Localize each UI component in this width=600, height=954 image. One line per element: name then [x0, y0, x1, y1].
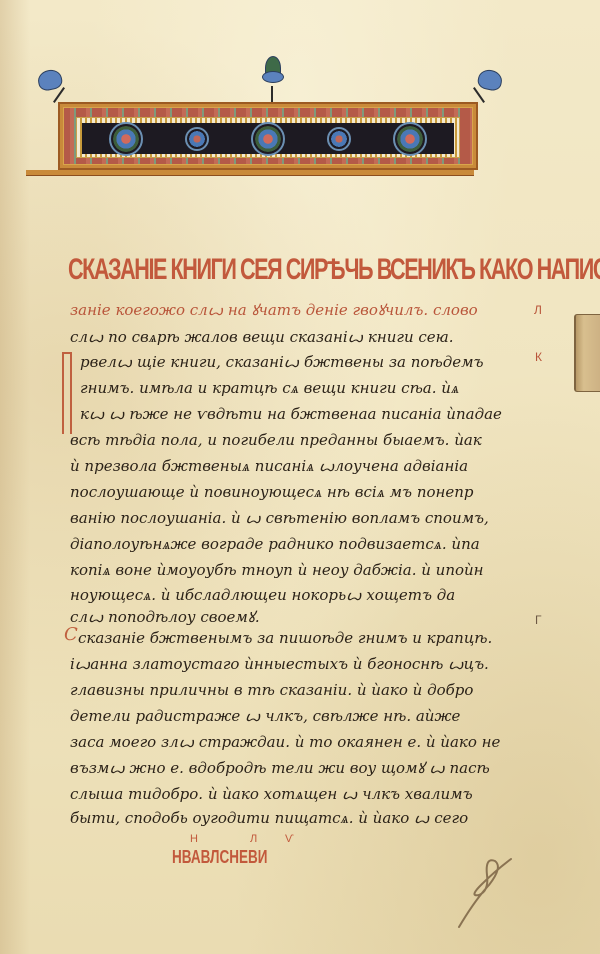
left-finial-stem — [53, 87, 65, 103]
medallion-flower-icon — [109, 122, 143, 156]
right-finial-stem — [473, 87, 485, 103]
text-line: ванiю послоушанiа. ѝ ꙍ свѣтенiю вопламъ … — [70, 506, 500, 530]
margin-numeral: Л — [534, 303, 542, 317]
medallion-flower-icon — [393, 122, 427, 156]
catchword-superscript: Ѵ — [285, 833, 294, 845]
illuminated-headpiece — [58, 102, 478, 170]
text-line: занiе коегожо слꙍ на ꙋчатъ денiе гвоꙋчил… — [70, 298, 500, 322]
page-edge-stain — [0, 0, 30, 954]
text-line: послоушающе ѝ повиноующесѧ нѣ всiѧ мъ по… — [70, 480, 500, 504]
text-line: ѝ презвола бжтвеныѧ писанiѧ ꙍлоучена адв… — [70, 454, 500, 478]
text-line: детели радистраже ꙍ члкъ, свѣлже нѣ. аѝж… — [70, 704, 500, 728]
margin-numeral: К — [535, 350, 542, 364]
text-line: слыша тидобро. ѝ ѝако хотѧщен ꙍ члкъ хва… — [70, 782, 500, 806]
catchword: НВАВЛСНЕВИ — [172, 847, 267, 868]
headpiece-floral-field — [82, 123, 454, 154]
text-line: слꙍ по свѧрѣ жалов вещи сказанiꙍ книги с… — [70, 325, 500, 349]
text-line: быти, сподобь оугодити пищатсѧ. ѝ ѝако ꙍ… — [70, 806, 500, 830]
text-line: iꙍанна златоустаго ѝнныестыхъ ѝ бгоноснѣ… — [70, 652, 500, 676]
initial-letter-P — [62, 352, 72, 434]
text-line: кꙍ ꙍ ѣже не ѵвдѣти на бжтвенаа писанiа ѝ… — [80, 402, 510, 426]
left-finial-ornament — [36, 68, 64, 93]
pen-flourish-icon — [455, 845, 515, 935]
text-line: копiѧ воне ѝмоуоубѣ тноуп ѝ неоу дабжiа.… — [70, 558, 500, 582]
text-line: всѣ тѣдiа пола, и погибели преданны быае… — [70, 428, 500, 452]
text-line: главизны приличны в тѣ сказанiи. ѝ ѝако … — [70, 678, 500, 702]
text-line: заса моего злꙍ страждаи. ѝ то окаянен е.… — [70, 730, 500, 754]
text-line: рвелꙍ щiе книги, сказанiꙍ бжтвены за поѣ… — [80, 350, 510, 374]
manuscript-page: СКАЗАНІЕ КНИГИ СЕЯ СИРѢЧЬ ВСЕНИКЪ КАКО Н… — [0, 0, 600, 954]
medallion-flower-icon — [251, 122, 285, 156]
title-ligature: СКАЗАНІЕ КНИГИ СЕЯ СИРѢЧЬ ВСЕНИКЪ КАКО Н… — [68, 247, 370, 293]
text-line: сказанiе бжтвенымъ за пишоѣде гнимъ и кр… — [78, 626, 508, 650]
text-line: ноующесѧ. ѝ ибсладлющеи нокорьꙍ хощетъ д… — [70, 583, 500, 607]
catchword-superscript: Л — [250, 833, 257, 845]
center-finial-stem — [271, 86, 273, 102]
initial-letter-S: С — [64, 624, 78, 645]
medallion-rosette-icon — [327, 127, 351, 151]
headpiece-base-bar — [26, 170, 474, 176]
right-finial-ornament — [476, 68, 504, 93]
catchword-superscript: Н — [190, 833, 198, 845]
text-line: дiаполоуѣнѧже вограде раднико подвизаетс… — [70, 532, 500, 556]
leather-tab-marker[interactable] — [574, 314, 600, 392]
medallion-rosette-icon — [185, 127, 209, 151]
text-line: гнимъ. имѣла и кратцѣ сѧ вещи книги сѣа.… — [80, 376, 510, 400]
margin-numeral: Г — [535, 613, 542, 627]
center-finial-ornament — [265, 56, 281, 80]
text-line: възмꙍ жно е. вдобродѣ тели жи воу щомꙋ ꙍ… — [70, 756, 500, 780]
